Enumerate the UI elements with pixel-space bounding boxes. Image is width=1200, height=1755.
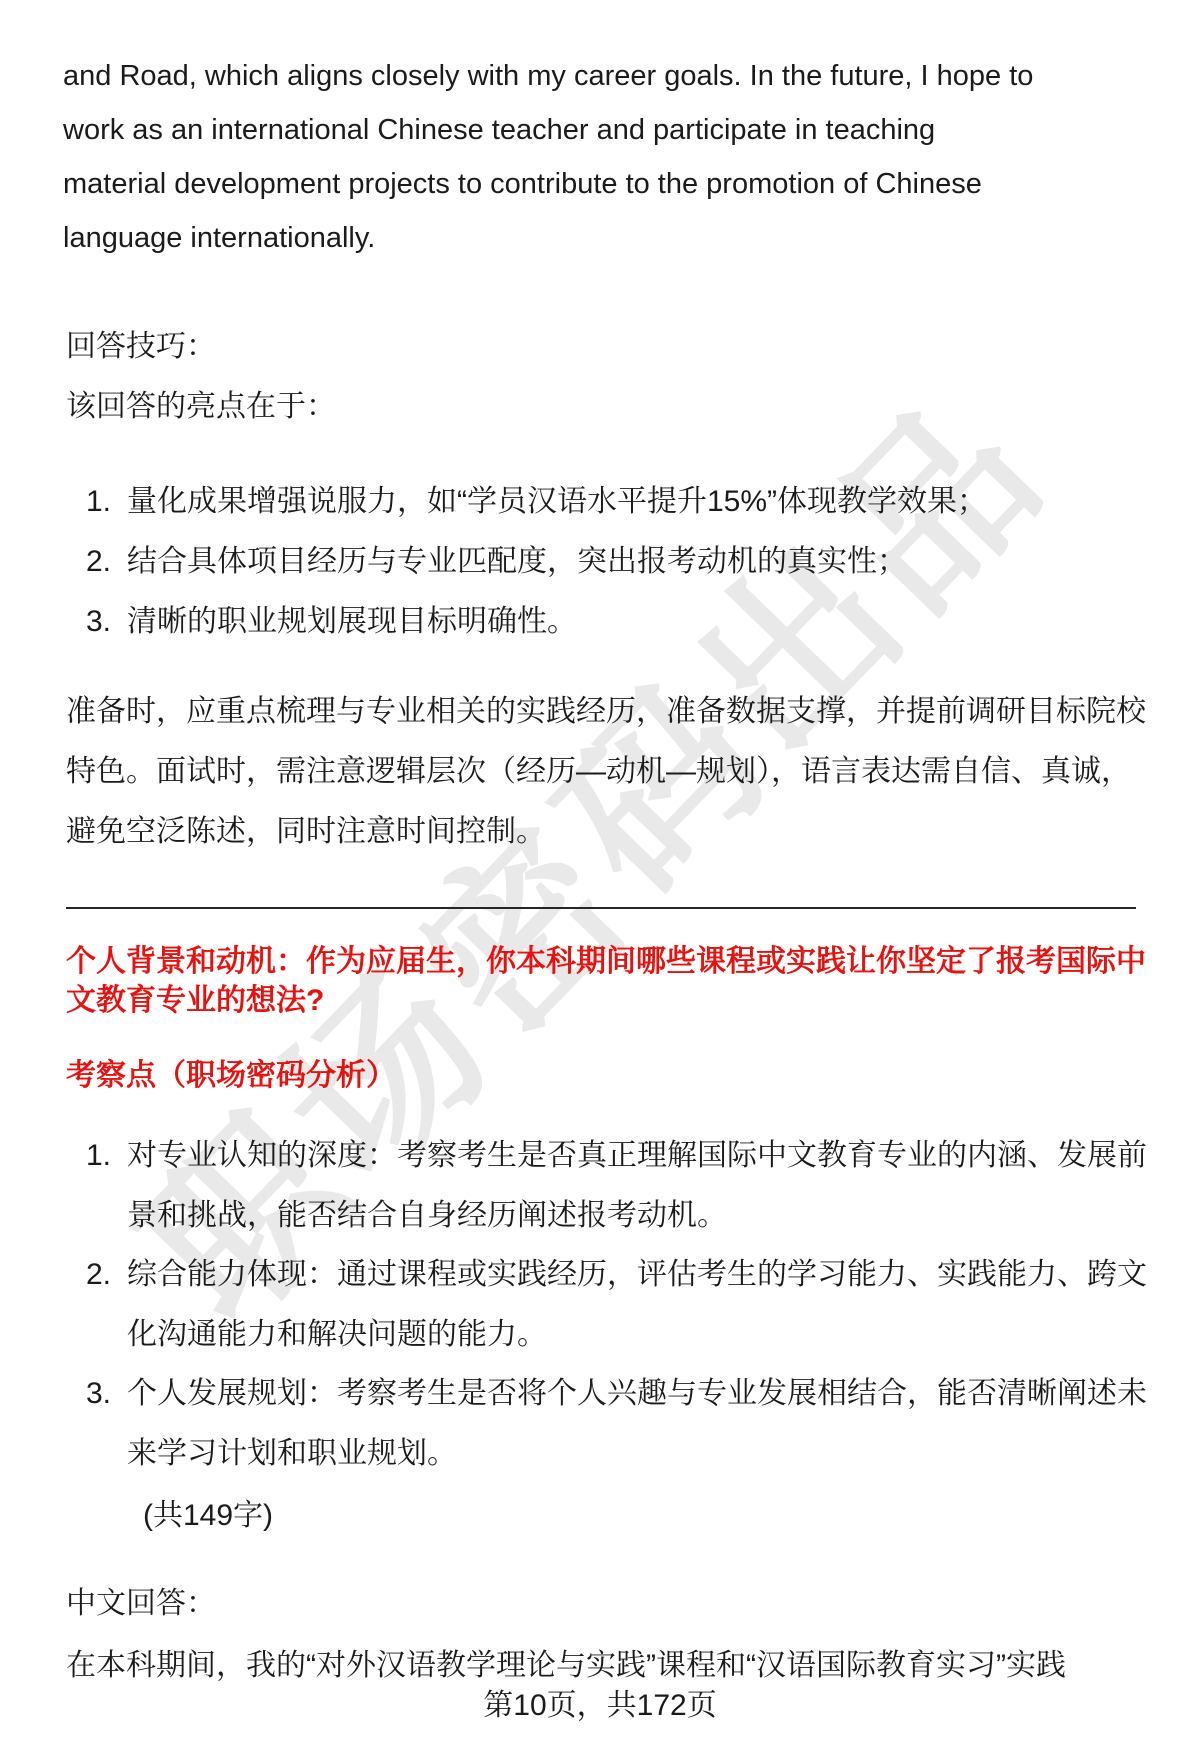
english-paragraph: and Road, which aligns closely with my c…	[63, 49, 1163, 265]
list-item-number: 2.	[86, 1245, 127, 1305]
paragraph-line: 特色。面试时，需注意逻辑层次（经历—动机—规划），语言表达需自信、真诚，	[66, 742, 1146, 802]
list-item-text: 个人发展规划：考察考生是否将个人兴趣与专业发展相结合，能否清晰阐述未	[127, 1364, 1147, 1424]
highlights-list: 1. 量化成果增强说服力，如“学员汉语水平提升15%”体现教学效果； 2. 结合…	[86, 472, 987, 652]
list-item-text: 对专业认知的深度：考察考生是否真正理解国际中文教育专业的内涵、发展前	[127, 1126, 1147, 1186]
question-heading-line: 文教育专业的想法?	[66, 981, 1151, 1020]
exam-points-subheading: 考察点（职场密码分析）	[66, 1058, 396, 1094]
list-item-text: 量化成果增强说服力，如“学员汉语水平提升15%”体现教学效果；	[127, 472, 987, 532]
page-number-footer: 第10页，共172页	[0, 1688, 1200, 1724]
list-item-number: 1.	[86, 1126, 127, 1186]
list-item-number: 2.	[86, 532, 127, 592]
list-item-continuation: 景和挑战，能否结合自身经历阐述报考动机。	[86, 1186, 1147, 1246]
preparation-advice-paragraph: 准备时，应重点梳理与专业相关的实践经历，准备数据支撑，并提前调研目标院校 特色。…	[66, 682, 1146, 862]
list-item: 2. 综合能力体现：通过课程或实践经历，评估考生的学习能力、实践能力、跨文	[86, 1245, 1147, 1305]
list-item-text: 结合具体项目经历与专业匹配度，突出报考动机的真实性；	[127, 532, 907, 592]
paragraph-line: 准备时，应重点梳理与专业相关的实践经历，准备数据支撑，并提前调研目标院校	[66, 682, 1146, 742]
question-heading-line: 个人背景和动机：作为应届生，你本科期间哪些课程或实践让你坚定了报考国际中	[66, 942, 1151, 981]
english-paragraph-line: and Road, which aligns closely with my c…	[63, 49, 1163, 103]
list-item-continuation: 来学习计划和职业规划。	[86, 1424, 1147, 1484]
english-paragraph-line: work as an international Chinese teacher…	[63, 103, 1163, 157]
list-item-continuation: 化沟通能力和解决问题的能力。	[86, 1305, 1147, 1365]
english-paragraph-line: material development projects to contrib…	[63, 157, 1163, 211]
list-item: 2. 结合具体项目经历与专业匹配度，突出报考动机的真实性；	[86, 532, 987, 592]
list-item: 3. 个人发展规划：考察考生是否将个人兴趣与专业发展相结合，能否清晰阐述未	[86, 1364, 1147, 1424]
answer-highlights-intro: 该回答的亮点在于：	[66, 389, 336, 425]
list-item-number: 3.	[86, 592, 127, 652]
answer-tips-label: 回答技巧：	[66, 329, 216, 365]
english-paragraph-line: language internationally.	[63, 211, 1163, 265]
chinese-answer-label: 中文回答：	[66, 1586, 216, 1622]
answer-first-line: 在本科期间，我的“对外汉语教学理论与实践”课程和“汉语国际教育实习”实践	[66, 1648, 1066, 1684]
list-item: 1. 对专业认知的深度：考察考生是否真正理解国际中文教育专业的内涵、发展前	[86, 1126, 1147, 1186]
list-item: 3. 清晰的职业规划展现目标明确性。	[86, 592, 987, 652]
section-divider	[66, 907, 1136, 909]
paragraph-line: 避免空泛陈述，同时注意时间控制。	[66, 802, 1146, 862]
list-item-number: 3.	[86, 1364, 127, 1424]
list-item-text: 清晰的职业规划展现目标明确性。	[127, 592, 577, 652]
interview-question-heading: 个人背景和动机：作为应届生，你本科期间哪些课程或实践让你坚定了报考国际中 文教育…	[66, 942, 1151, 1020]
document-page: 职场密码出品 and Road, which aligns closely wi…	[0, 0, 1200, 1755]
list-item-text: 综合能力体现：通过课程或实践经历，评估考生的学习能力、实践能力、跨文	[127, 1245, 1147, 1305]
word-count-note: (共149字)	[143, 1498, 273, 1534]
exam-points-list: 1. 对专业认知的深度：考察考生是否真正理解国际中文教育专业的内涵、发展前 景和…	[86, 1126, 1147, 1483]
list-item-number: 1.	[86, 472, 127, 532]
list-item: 1. 量化成果增强说服力，如“学员汉语水平提升15%”体现教学效果；	[86, 472, 987, 532]
